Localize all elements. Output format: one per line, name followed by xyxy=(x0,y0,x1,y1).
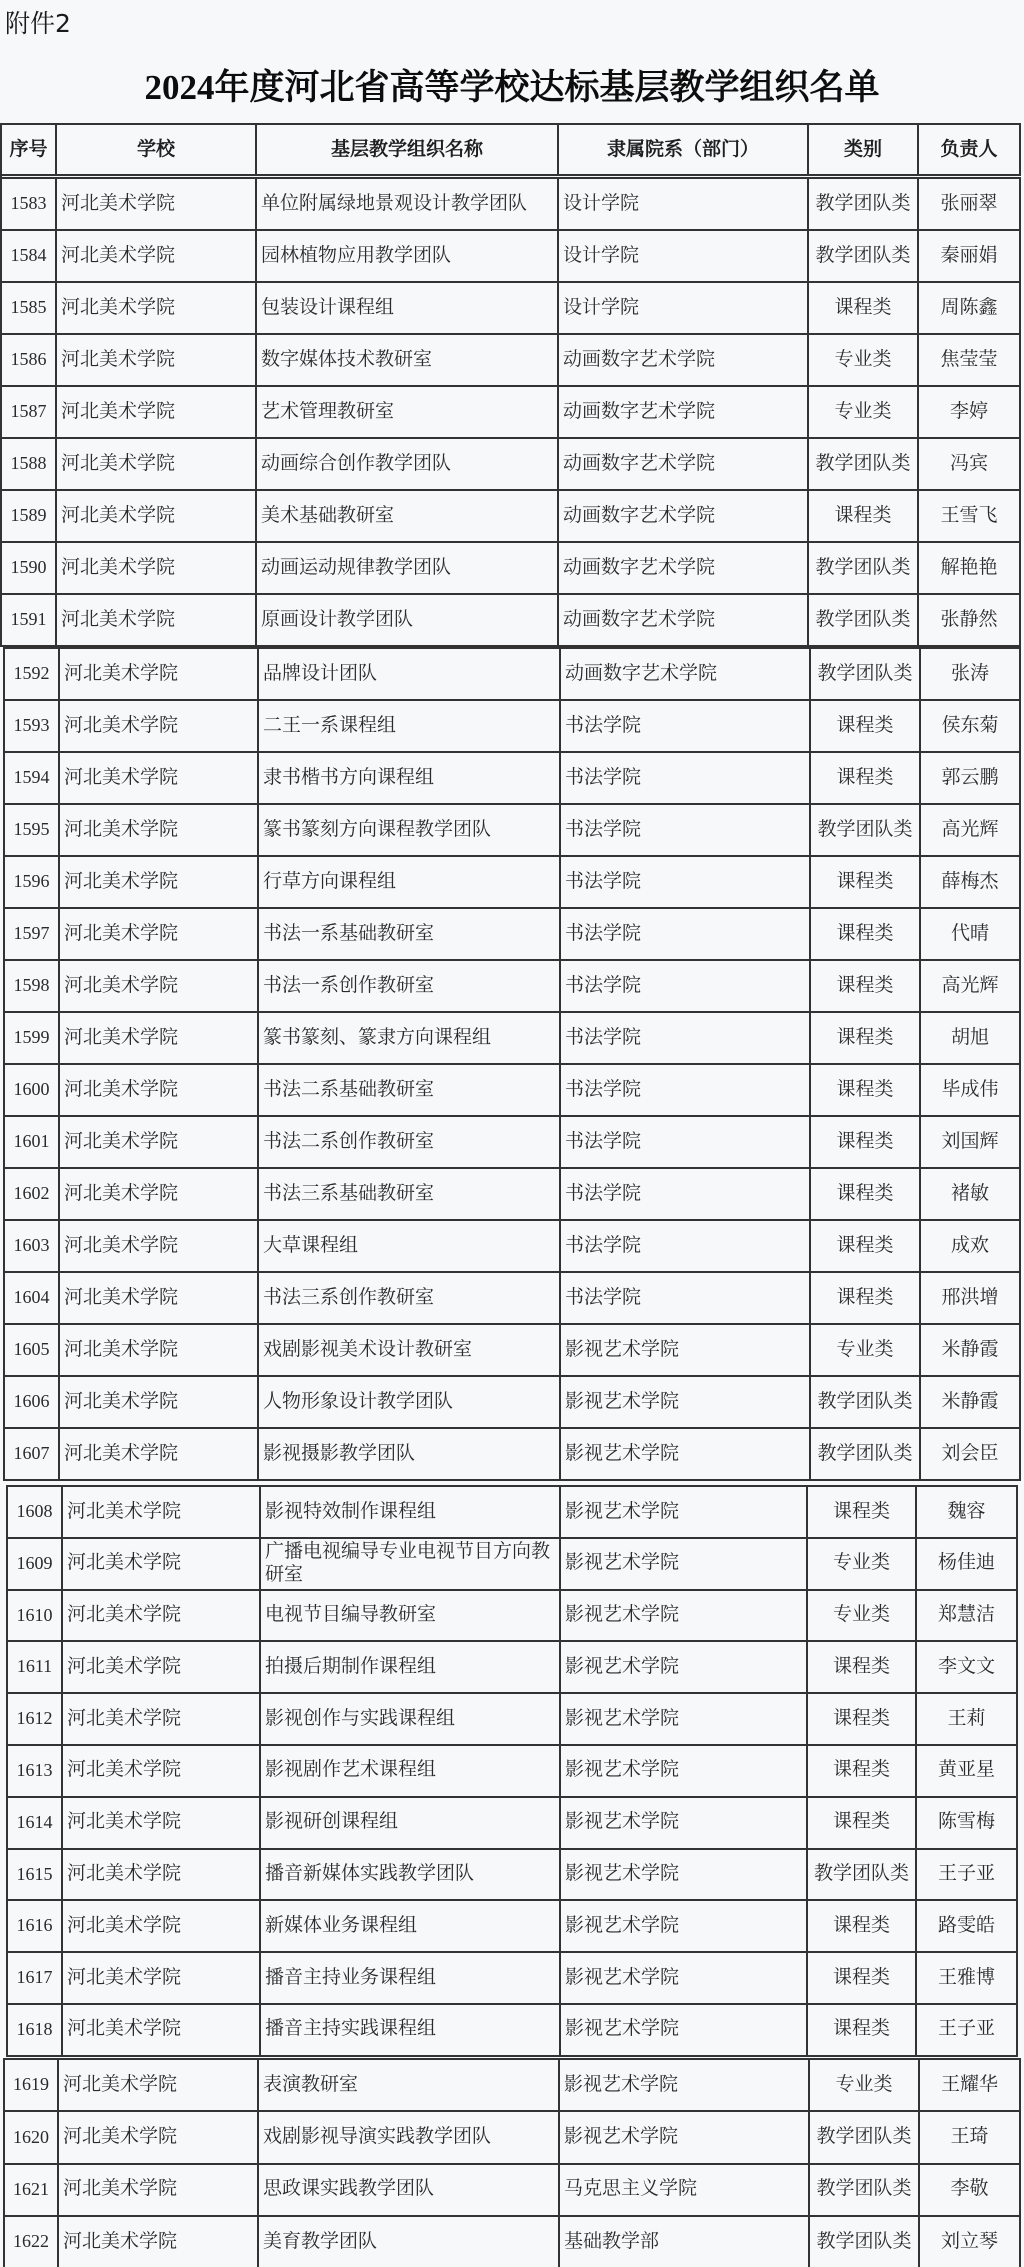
cell-leader: 王雅博 xyxy=(917,1953,1018,2003)
table-row: 1619河北美术学院表演教研室影视艺术学院专业类王耀华 xyxy=(5,2060,1021,2112)
cell-org: 播音主持实践课程组 xyxy=(261,2005,561,2055)
cell-dept: 影视艺术学院 xyxy=(561,1746,808,1796)
cell-org: 行草方向课程组 xyxy=(259,857,561,907)
cell-category: 课程类 xyxy=(811,961,921,1011)
cell-no: 1612 xyxy=(8,1694,63,1744)
cell-dept: 书法学院 xyxy=(561,1065,811,1115)
cell-org: 动画综合创作教学团队 xyxy=(257,439,559,489)
cell-leader: 魏容 xyxy=(917,1487,1018,1537)
cell-school: 河北美术学院 xyxy=(57,439,257,489)
table-row: 1592河北美术学院品牌设计团队动画数字艺术学院教学团队类张涛 xyxy=(5,649,1021,701)
cell-school: 河北美术学院 xyxy=(59,2217,259,2267)
cell-no: 1600 xyxy=(5,1065,60,1115)
cell-org: 书法三系创作教研室 xyxy=(259,1273,561,1323)
cell-leader: 黄亚星 xyxy=(917,1746,1018,1796)
cell-no: 1616 xyxy=(8,1901,63,1951)
cell-no: 1597 xyxy=(5,909,60,959)
cell-no: 1606 xyxy=(5,1377,60,1427)
cell-school: 河北美术学院 xyxy=(60,857,259,907)
cell-school: 河北美术学院 xyxy=(60,909,259,959)
cell-dept: 书法学院 xyxy=(561,1013,811,1063)
cell-no: 1605 xyxy=(5,1325,60,1375)
table-row: 1593河北美术学院二王一系课程组书法学院课程类侯东菊 xyxy=(5,701,1021,753)
cell-leader: 褚敏 xyxy=(921,1169,1021,1219)
cell-leader: 胡旭 xyxy=(921,1013,1021,1063)
table-row: 1601河北美术学院书法二系创作教研室书法学院课程类刘国辉 xyxy=(5,1117,1021,1169)
column-header-leader: 负责人 xyxy=(919,125,1021,174)
cell-category: 教学团队类 xyxy=(809,179,919,229)
table-row: 1588河北美术学院动画综合创作教学团队动画数字艺术学院教学团队类冯宾 xyxy=(2,439,1021,491)
cell-no: 1588 xyxy=(2,439,57,489)
cell-school: 河北美术学院 xyxy=(60,805,259,855)
cell-dept: 影视艺术学院 xyxy=(561,1429,811,1479)
cell-school: 河北美术学院 xyxy=(60,1429,259,1479)
cell-dept: 书法学院 xyxy=(561,961,811,1011)
cell-leader: 王莉 xyxy=(917,1694,1018,1744)
cell-org: 大草课程组 xyxy=(259,1221,561,1271)
cell-dept: 影视艺术学院 xyxy=(561,1591,808,1641)
cell-school: 河北美术学院 xyxy=(63,1642,261,1692)
cell-leader: 焦莹莹 xyxy=(919,335,1021,385)
cell-org: 表演教研室 xyxy=(259,2060,560,2110)
cell-category: 专业类 xyxy=(810,2060,920,2110)
table-row: 1602河北美术学院书法三系基础教研室书法学院课程类褚敏 xyxy=(5,1169,1021,1221)
cell-no: 1620 xyxy=(5,2112,59,2162)
cell-no: 1585 xyxy=(2,283,57,333)
cell-leader: 高光辉 xyxy=(921,805,1021,855)
table-row: 1600河北美术学院书法二系基础教研室书法学院课程类毕成伟 xyxy=(5,1065,1021,1117)
cell-category: 课程类 xyxy=(808,1901,917,1951)
cell-dept: 动画数字艺术学院 xyxy=(559,543,809,593)
cell-dept: 影视艺术学院 xyxy=(561,1325,811,1375)
column-header-category: 类别 xyxy=(809,125,919,174)
cell-leader: 张涛 xyxy=(921,649,1021,699)
cell-category: 专业类 xyxy=(811,1325,921,1375)
cell-org: 戏剧影视导演实践教学团队 xyxy=(259,2112,560,2162)
cell-leader: 王琦 xyxy=(920,2112,1021,2162)
attachment-label: 附件2 xyxy=(5,11,71,36)
table-row: 1589河北美术学院美术基础教研室动画数字艺术学院课程类王雪飞 xyxy=(2,491,1021,543)
cell-leader: 李文文 xyxy=(917,1642,1018,1692)
cell-school: 河北美术学院 xyxy=(59,2165,259,2215)
cell-dept: 影视艺术学院 xyxy=(561,2005,808,2055)
cell-org: 篆书篆刻方向课程教学团队 xyxy=(259,805,561,855)
table-row: 1606河北美术学院人物形象设计教学团队影视艺术学院教学团队类米静霞 xyxy=(5,1377,1021,1429)
cell-org: 影视摄影教学团队 xyxy=(259,1429,561,1479)
cell-no: 1595 xyxy=(5,805,60,855)
cell-no: 1592 xyxy=(5,649,60,699)
table-row: 1607河北美术学院影视摄影教学团队影视艺术学院教学团队类刘会臣 xyxy=(5,1429,1021,1481)
cell-school: 河北美术学院 xyxy=(63,1746,261,1796)
cell-category: 教学团队类 xyxy=(810,2217,920,2267)
cell-dept: 设计学院 xyxy=(559,231,809,281)
cell-category: 课程类 xyxy=(811,753,921,803)
cell-no: 1590 xyxy=(2,543,57,593)
cell-no: 1608 xyxy=(8,1487,63,1537)
cell-org: 单位附属绿地景观设计教学团队 xyxy=(257,179,559,229)
column-header-school: 学校 xyxy=(57,125,257,174)
cell-school: 河北美术学院 xyxy=(60,1273,259,1323)
cell-school: 河北美术学院 xyxy=(60,1377,259,1427)
cell-school: 河北美术学院 xyxy=(63,1591,261,1641)
cell-org: 隶书楷书方向课程组 xyxy=(259,753,561,803)
cell-no: 1596 xyxy=(5,857,60,907)
cell-dept: 书法学院 xyxy=(561,753,811,803)
cell-leader: 刘立琴 xyxy=(920,2217,1021,2267)
cell-dept: 动画数字艺术学院 xyxy=(559,335,809,385)
cell-leader: 李敬 xyxy=(920,2165,1021,2215)
cell-school: 河北美术学院 xyxy=(57,595,257,645)
cell-leader: 张丽翠 xyxy=(919,179,1021,229)
table-row: 1610河北美术学院电视节目编导教研室影视艺术学院专业类郑慧洁 xyxy=(8,1591,1018,1643)
cell-school: 河北美术学院 xyxy=(57,283,257,333)
cell-dept: 动画数字艺术学院 xyxy=(559,387,809,437)
cell-category: 课程类 xyxy=(808,1487,917,1537)
cell-category: 教学团队类 xyxy=(809,439,919,489)
cell-school: 河北美术学院 xyxy=(59,2112,259,2162)
cell-school: 河北美术学院 xyxy=(57,179,257,229)
cell-school: 河北美术学院 xyxy=(57,335,257,385)
table-row: 1622河北美术学院美育教学团队基础教学部教学团队类刘立琴 xyxy=(5,2217,1021,2267)
cell-category: 课程类 xyxy=(811,1169,921,1219)
cell-org: 数字媒体技术教研室 xyxy=(257,335,559,385)
cell-leader: 郑慧洁 xyxy=(917,1591,1018,1641)
cell-dept: 书法学院 xyxy=(561,857,811,907)
cell-category: 教学团队类 xyxy=(811,649,921,699)
table-row: 1616河北美术学院新媒体业务课程组影视艺术学院课程类路雯皓 xyxy=(8,1901,1018,1953)
cell-org: 新媒体业务课程组 xyxy=(261,1901,561,1951)
table-row: 1604河北美术学院书法三系创作教研室书法学院课程类邢洪增 xyxy=(5,1273,1021,1325)
table-row: 1608河北美术学院影视特效制作课程组影视艺术学院课程类魏容 xyxy=(8,1487,1018,1539)
column-header-dept: 隶属院系（部门） xyxy=(559,125,809,174)
table-row: 1590河北美术学院动画运动规律教学团队动画数字艺术学院教学团队类解艳艳 xyxy=(2,543,1021,595)
cell-org: 动画运动规律教学团队 xyxy=(257,543,559,593)
cell-leader: 解艳艳 xyxy=(919,543,1021,593)
cell-school: 河北美术学院 xyxy=(59,2060,259,2110)
table-row: 1617河北美术学院播音主持业务课程组影视艺术学院课程类王雅博 xyxy=(8,1953,1018,2005)
cell-dept: 动画数字艺术学院 xyxy=(561,649,811,699)
cell-org: 广播电视编导专业电视节目方向教研室 xyxy=(261,1539,561,1589)
cell-category: 教学团队类 xyxy=(809,231,919,281)
cell-leader: 王耀华 xyxy=(920,2060,1021,2110)
cell-leader: 冯宾 xyxy=(919,439,1021,489)
cell-no: 1614 xyxy=(8,1798,63,1848)
cell-no: 1589 xyxy=(2,491,57,541)
cell-org: 美育教学团队 xyxy=(259,2217,560,2267)
cell-dept: 动画数字艺术学院 xyxy=(559,595,809,645)
cell-school: 河北美术学院 xyxy=(60,701,259,751)
cell-org: 影视创作与实践课程组 xyxy=(261,1694,561,1744)
table-row: 1609河北美术学院广播电视编导专业电视节目方向教研室影视艺术学院专业类杨佳迪 xyxy=(8,1539,1018,1591)
cell-category: 课程类 xyxy=(811,1117,921,1167)
table-row: 1621河北美术学院思政课实践教学团队马克思主义学院教学团队类李敬 xyxy=(5,2165,1021,2217)
cell-school: 河北美术学院 xyxy=(63,1953,261,2003)
cell-school: 河北美术学院 xyxy=(60,1169,259,1219)
cell-category: 教学团队类 xyxy=(811,1429,921,1479)
table-segment-3: 1608河北美术学院影视特效制作课程组影视艺术学院课程类魏容1609河北美术学院… xyxy=(6,1485,1018,2057)
table-row: 1597河北美术学院书法一系基础教研室书法学院课程类代晴 xyxy=(5,909,1021,961)
cell-no: 1584 xyxy=(2,231,57,281)
cell-leader: 陈雪梅 xyxy=(917,1798,1018,1848)
table-row: 1618河北美术学院播音主持实践课程组影视艺术学院课程类王子亚 xyxy=(8,2005,1018,2057)
cell-category: 课程类 xyxy=(808,1953,917,2003)
cell-no: 1599 xyxy=(5,1013,60,1063)
cell-no: 1593 xyxy=(5,701,60,751)
cell-org: 播音主持业务课程组 xyxy=(261,1953,561,2003)
cell-dept: 影视艺术学院 xyxy=(561,1539,808,1589)
cell-no: 1594 xyxy=(5,753,60,803)
cell-org: 拍摄后期制作课程组 xyxy=(261,1642,561,1692)
cell-school: 河北美术学院 xyxy=(60,1221,259,1271)
cell-org: 美术基础教研室 xyxy=(257,491,559,541)
table-row: 1605河北美术学院戏剧影视美术设计教研室影视艺术学院专业类米静霞 xyxy=(5,1325,1021,1377)
cell-dept: 影视艺术学院 xyxy=(561,1487,808,1537)
cell-leader: 张静然 xyxy=(919,595,1021,645)
cell-org: 篆书篆刻、篆隶方向课程组 xyxy=(259,1013,561,1063)
cell-category: 专业类 xyxy=(809,335,919,385)
cell-leader: 高光辉 xyxy=(921,961,1021,1011)
cell-dept: 书法学院 xyxy=(561,1169,811,1219)
cell-school: 河北美术学院 xyxy=(57,387,257,437)
cell-org: 影视特效制作课程组 xyxy=(261,1487,561,1537)
cell-category: 专业类 xyxy=(808,1591,917,1641)
cell-no: 1610 xyxy=(8,1591,63,1641)
cell-dept: 书法学院 xyxy=(561,1273,811,1323)
table-row: 1594河北美术学院隶书楷书方向课程组书法学院课程类郭云鹏 xyxy=(5,753,1021,805)
cell-no: 1604 xyxy=(5,1273,60,1323)
cell-dept: 设计学院 xyxy=(559,179,809,229)
table-row: 1584河北美术学院园林植物应用教学团队设计学院教学团队类秦丽娟 xyxy=(2,231,1021,283)
cell-org: 播音新媒体实践教学团队 xyxy=(261,1850,561,1900)
table-row: 1615河北美术学院播音新媒体实践教学团队影视艺术学院教学团队类王子亚 xyxy=(8,1850,1018,1902)
table-segment-2: 1592河北美术学院品牌设计团队动画数字艺术学院教学团队类张涛1593河北美术学… xyxy=(3,647,1021,1481)
cell-school: 河北美术学院 xyxy=(63,2005,261,2055)
table-row: 1585河北美术学院包装设计课程组设计学院课程类周陈鑫 xyxy=(2,283,1021,335)
table-row: 1583河北美术学院单位附属绿地景观设计教学团队设计学院教学团队类张丽翠 xyxy=(2,179,1021,231)
table-row: 1595河北美术学院篆书篆刻方向课程教学团队书法学院教学团队类高光辉 xyxy=(5,805,1021,857)
cell-category: 课程类 xyxy=(808,1642,917,1692)
cell-org: 园林植物应用教学团队 xyxy=(257,231,559,281)
cell-school: 河北美术学院 xyxy=(60,1013,259,1063)
table-row: 1614河北美术学院影视研创课程组影视艺术学院课程类陈雪梅 xyxy=(8,1798,1018,1850)
cell-no: 1586 xyxy=(2,335,57,385)
cell-org: 影视剧作艺术课程组 xyxy=(261,1746,561,1796)
cell-no: 1618 xyxy=(8,2005,63,2055)
cell-dept: 影视艺术学院 xyxy=(560,2112,810,2162)
cell-school: 河北美术学院 xyxy=(57,543,257,593)
table-row: 1611河北美术学院拍摄后期制作课程组影视艺术学院课程类李文文 xyxy=(8,1642,1018,1694)
table-row: 1591河北美术学院原画设计教学团队动画数字艺术学院教学团队类张静然 xyxy=(2,595,1021,647)
cell-category: 课程类 xyxy=(809,283,919,333)
cell-category: 教学团队类 xyxy=(811,805,921,855)
cell-leader: 米静霞 xyxy=(921,1325,1021,1375)
cell-category: 课程类 xyxy=(808,1798,917,1848)
cell-dept: 设计学院 xyxy=(559,283,809,333)
cell-org: 原画设计教学团队 xyxy=(257,595,559,645)
cell-org: 艺术管理教研室 xyxy=(257,387,559,437)
cell-category: 课程类 xyxy=(809,491,919,541)
cell-school: 河北美术学院 xyxy=(63,1694,261,1744)
cell-dept: 影视艺术学院 xyxy=(561,1850,808,1900)
cell-leader: 周陈鑫 xyxy=(919,283,1021,333)
cell-no: 1607 xyxy=(5,1429,60,1479)
cell-org: 书法一系创作教研室 xyxy=(259,961,561,1011)
cell-dept: 影视艺术学院 xyxy=(561,1798,808,1848)
cell-dept: 影视艺术学院 xyxy=(561,1694,808,1744)
cell-org: 戏剧影视美术设计教研室 xyxy=(259,1325,561,1375)
cell-dept: 影视艺术学院 xyxy=(561,1642,808,1692)
cell-category: 课程类 xyxy=(811,1273,921,1323)
cell-category: 课程类 xyxy=(808,2005,917,2055)
cell-category: 教学团队类 xyxy=(808,1850,917,1900)
cell-school: 河北美术学院 xyxy=(57,491,257,541)
cell-school: 河北美术学院 xyxy=(60,961,259,1011)
cell-dept: 书法学院 xyxy=(561,909,811,959)
cell-school: 河北美术学院 xyxy=(60,753,259,803)
table-header-row: 序号 学校 基层教学组织名称 隶属院系（部门） 类别 负责人 xyxy=(2,125,1021,179)
cell-org: 包装设计课程组 xyxy=(257,283,559,333)
cell-org: 人物形象设计教学团队 xyxy=(259,1377,561,1427)
cell-leader: 杨佳迪 xyxy=(917,1539,1018,1589)
cell-school: 河北美术学院 xyxy=(63,1901,261,1951)
cell-org: 思政课实践教学团队 xyxy=(259,2165,560,2215)
cell-leader: 李婷 xyxy=(919,387,1021,437)
cell-no: 1603 xyxy=(5,1221,60,1271)
cell-no: 1617 xyxy=(8,1953,63,2003)
cell-leader: 邢洪增 xyxy=(921,1273,1021,1323)
cell-no: 1613 xyxy=(8,1746,63,1796)
cell-category: 课程类 xyxy=(811,1065,921,1115)
cell-no: 1598 xyxy=(5,961,60,1011)
cell-dept: 书法学院 xyxy=(561,805,811,855)
cell-org: 书法二系创作教研室 xyxy=(259,1117,561,1167)
cell-no: 1622 xyxy=(5,2217,59,2267)
cell-dept: 马克思主义学院 xyxy=(560,2165,810,2215)
cell-category: 教学团队类 xyxy=(809,595,919,645)
cell-no: 1615 xyxy=(8,1850,63,1900)
cell-category: 专业类 xyxy=(809,387,919,437)
cell-leader: 刘会臣 xyxy=(921,1429,1021,1479)
table-segment-4: 1619河北美术学院表演教研室影视艺术学院专业类王耀华1620河北美术学院戏剧影… xyxy=(3,2058,1021,2267)
cell-category: 专业类 xyxy=(808,1539,917,1589)
cell-dept: 书法学院 xyxy=(561,1221,811,1271)
cell-org: 影视研创课程组 xyxy=(261,1798,561,1848)
table-row: 1599河北美术学院篆书篆刻、篆隶方向课程组书法学院课程类胡旭 xyxy=(5,1013,1021,1065)
table-row: 1596河北美术学院行草方向课程组书法学院课程类薛梅杰 xyxy=(5,857,1021,909)
cell-dept: 影视艺术学院 xyxy=(561,1953,808,2003)
cell-category: 课程类 xyxy=(811,1221,921,1271)
cell-org: 电视节目编导教研室 xyxy=(261,1591,561,1641)
cell-category: 课程类 xyxy=(811,909,921,959)
cell-leader: 郭云鹏 xyxy=(921,753,1021,803)
cell-no: 1609 xyxy=(8,1539,63,1589)
cell-dept: 书法学院 xyxy=(561,1117,811,1167)
table-row: 1587河北美术学院艺术管理教研室动画数字艺术学院专业类李婷 xyxy=(2,387,1021,439)
cell-no: 1619 xyxy=(5,2060,59,2110)
cell-category: 课程类 xyxy=(808,1746,917,1796)
cell-school: 河北美术学院 xyxy=(63,1487,261,1537)
cell-school: 河北美术学院 xyxy=(63,1850,261,1900)
cell-dept: 影视艺术学院 xyxy=(561,1901,808,1951)
cell-leader: 薛梅杰 xyxy=(921,857,1021,907)
cell-dept: 影视艺术学院 xyxy=(560,2060,810,2110)
table-row: 1586河北美术学院数字媒体技术教研室动画数字艺术学院专业类焦莹莹 xyxy=(2,335,1021,387)
cell-category: 教学团队类 xyxy=(810,2165,920,2215)
cell-no: 1591 xyxy=(2,595,57,645)
cell-leader: 王子亚 xyxy=(917,2005,1018,2055)
cell-category: 教学团队类 xyxy=(811,1377,921,1427)
cell-category: 教学团队类 xyxy=(809,543,919,593)
cell-category: 课程类 xyxy=(811,701,921,751)
cell-category: 课程类 xyxy=(811,857,921,907)
cell-school: 河北美术学院 xyxy=(60,649,259,699)
cell-org: 二王一系课程组 xyxy=(259,701,561,751)
cell-school: 河北美术学院 xyxy=(60,1117,259,1167)
cell-leader: 侯东菊 xyxy=(921,701,1021,751)
cell-leader: 王雪飞 xyxy=(919,491,1021,541)
cell-dept: 书法学院 xyxy=(561,701,811,751)
cell-category: 教学团队类 xyxy=(810,2112,920,2162)
cell-org: 书法一系基础教研室 xyxy=(259,909,561,959)
cell-leader: 代晴 xyxy=(921,909,1021,959)
cell-leader: 成欢 xyxy=(921,1221,1021,1271)
cell-org: 书法二系基础教研室 xyxy=(259,1065,561,1115)
column-header-org: 基层教学组织名称 xyxy=(257,125,559,174)
page-title: 2024年度河北省高等学校达标基层教学组织名单 xyxy=(0,70,1024,105)
cell-org: 书法三系基础教研室 xyxy=(259,1169,561,1219)
cell-school: 河北美术学院 xyxy=(63,1798,261,1848)
cell-school: 河北美术学院 xyxy=(63,1539,261,1589)
table-row: 1598河北美术学院书法一系创作教研室书法学院课程类高光辉 xyxy=(5,961,1021,1013)
cell-dept: 基础教学部 xyxy=(560,2217,810,2267)
cell-school: 河北美术学院 xyxy=(60,1065,259,1115)
cell-leader: 王子亚 xyxy=(917,1850,1018,1900)
table-row: 1613河北美术学院影视剧作艺术课程组影视艺术学院课程类黄亚星 xyxy=(8,1746,1018,1798)
cell-dept: 动画数字艺术学院 xyxy=(559,439,809,489)
cell-leader: 秦丽娟 xyxy=(919,231,1021,281)
cell-category: 课程类 xyxy=(808,1694,917,1744)
cell-no: 1587 xyxy=(2,387,57,437)
cell-no: 1611 xyxy=(8,1642,63,1692)
cell-school: 河北美术学院 xyxy=(60,1325,259,1375)
cell-school: 河北美术学院 xyxy=(57,231,257,281)
column-header-no: 序号 xyxy=(2,125,57,174)
cell-no: 1621 xyxy=(5,2165,59,2215)
cell-dept: 动画数字艺术学院 xyxy=(559,491,809,541)
cell-org: 品牌设计团队 xyxy=(259,649,561,699)
table-segment-1: 序号 学校 基层教学组织名称 隶属院系（部门） 类别 负责人 1583河北美术学… xyxy=(0,123,1021,647)
table-row: 1620河北美术学院戏剧影视导演实践教学团队影视艺术学院教学团队类王琦 xyxy=(5,2112,1021,2164)
cell-no: 1601 xyxy=(5,1117,60,1167)
cell-leader: 路雯皓 xyxy=(917,1901,1018,1951)
table-row: 1603河北美术学院大草课程组书法学院课程类成欢 xyxy=(5,1221,1021,1273)
cell-leader: 米静霞 xyxy=(921,1377,1021,1427)
cell-no: 1583 xyxy=(2,179,57,229)
cell-leader: 毕成伟 xyxy=(921,1065,1021,1115)
cell-category: 课程类 xyxy=(811,1013,921,1063)
cell-no: 1602 xyxy=(5,1169,60,1219)
table-row: 1612河北美术学院影视创作与实践课程组影视艺术学院课程类王莉 xyxy=(8,1694,1018,1746)
cell-leader: 刘国辉 xyxy=(921,1117,1021,1167)
cell-dept: 影视艺术学院 xyxy=(561,1377,811,1427)
